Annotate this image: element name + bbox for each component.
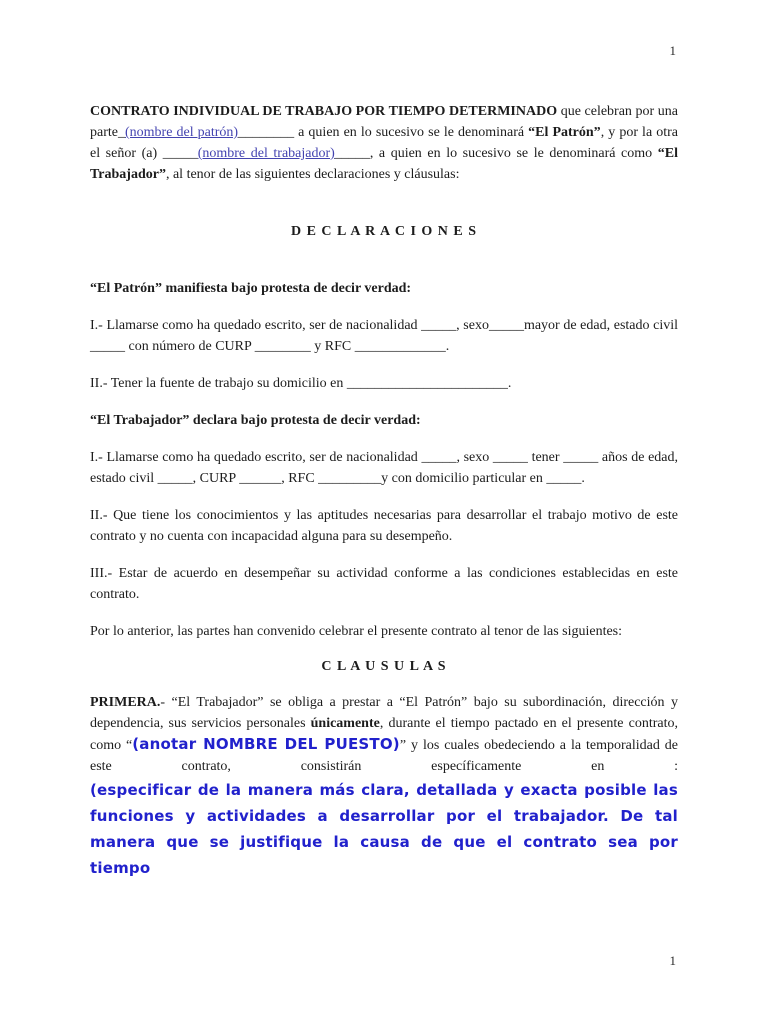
intro-text-mid-4: , al tenor de las siguientes declaracion… [166, 167, 460, 182]
intro-paragraph: CONTRATO INDIVIDUAL DE TRABAJO POR TIEMP… [90, 101, 678, 185]
patron-declaration-heading: “El Patrón” manifiesta bajo protesta de … [90, 278, 678, 299]
especificar-annotation: (especificar de la manera más clara, det… [90, 777, 678, 881]
clausulas-heading: C L A U S U L A S [90, 656, 678, 677]
patron-declaration-item-i: I.- Llamarse como ha quedado escrito, se… [90, 315, 678, 357]
patron-declaration-item-ii: II.- Tener la fuente de trabajo su domic… [90, 373, 678, 394]
intro-text-mid-3: , a quien en lo sucesivo se le denominar… [370, 146, 658, 161]
primera-label: PRIMERA. [90, 695, 160, 710]
blank-before-trabajador: _____ [163, 146, 198, 161]
contract-title: CONTRATO INDIVIDUAL DE TRABAJO POR TIEMP… [90, 104, 557, 119]
puesto-annotation: (anotar NOMBRE DEL PUESTO) [132, 735, 400, 753]
trabajador-declaration-item-ii: II.- Que tiene los conocimientos y las a… [90, 505, 678, 547]
clausula-primera-paragraph: PRIMERA.- “El Trabajador” se obliga a pr… [90, 692, 678, 777]
page-number-top: 1 [670, 40, 677, 61]
trabajador-declaration-item-i: I.- Llamarse como ha quedado escrito, se… [90, 447, 678, 489]
patron-name-placeholder: (nombre del patrón) [125, 125, 238, 140]
page-number-bottom: 1 [670, 950, 677, 971]
blank-before-patron: _ [118, 125, 125, 140]
declaraciones-heading: D E C L A R A C I O N E S [90, 221, 678, 242]
trabajador-declaration-heading: “El Trabajador” declara bajo protesta de… [90, 410, 678, 431]
blank-after-trabajador: _____ [335, 146, 370, 161]
blank-after-patron: ________ [238, 125, 294, 140]
contract-content: CONTRATO INDIVIDUAL DE TRABAJO POR TIEMP… [0, 101, 768, 881]
declaraciones-closing-paragraph: Por lo anterior, las partes han convenid… [90, 621, 678, 642]
patron-term: “El Patrón” [528, 125, 601, 140]
primera-emphasis: únicamente [311, 716, 380, 731]
document-page: 1 CONTRATO INDIVIDUAL DE TRABAJO POR TIE… [0, 0, 768, 1024]
trabajador-name-placeholder: (nombre del trabajador) [198, 146, 335, 161]
trabajador-declaration-item-iii: III.- Estar de acuerdo en desempeñar su … [90, 563, 678, 605]
intro-text-mid-1: a quien en lo sucesivo se le denominará [294, 125, 528, 140]
